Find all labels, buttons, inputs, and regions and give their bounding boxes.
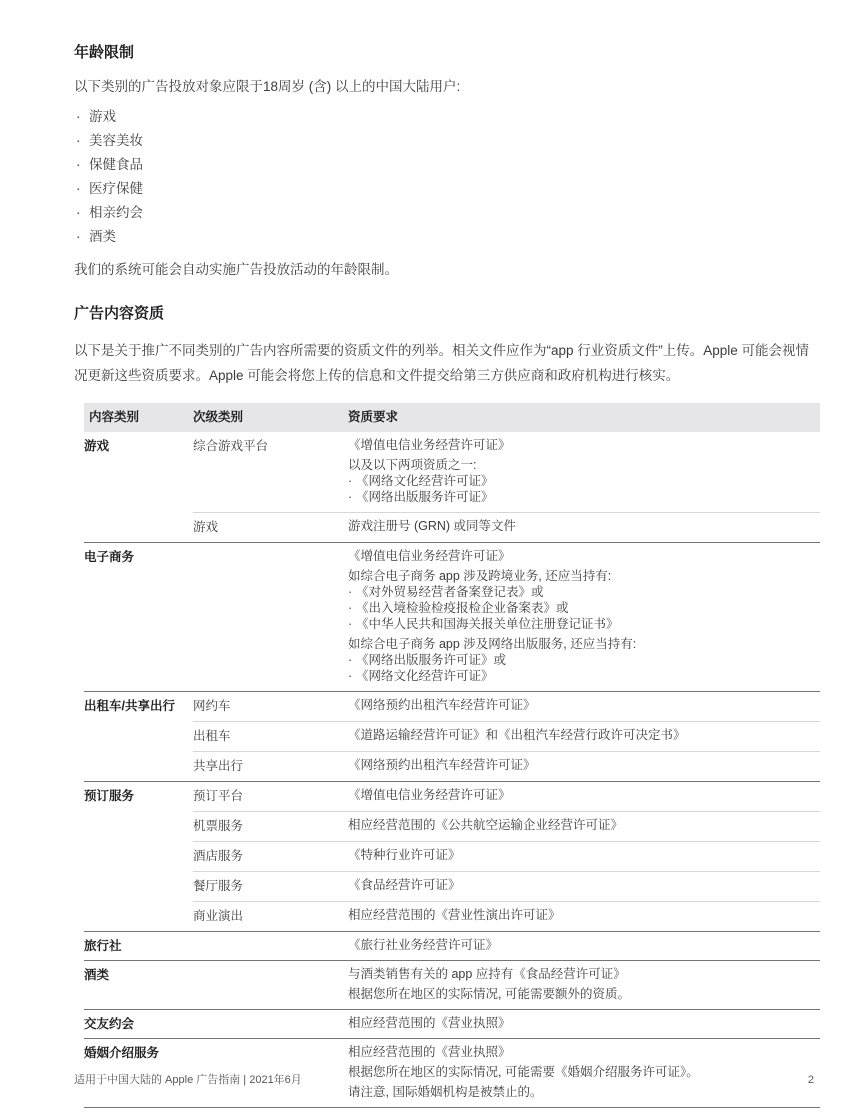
age-category-item: ·保健食品 — [76, 158, 820, 172]
subcategory-cell: 酒店服务 — [193, 847, 348, 864]
page-number: 2 — [808, 1074, 814, 1086]
requirement-text: 《出入境检验检疫报检企业备案表》或 — [356, 600, 569, 616]
age-category-item: ·酒类 — [76, 230, 820, 244]
table-row: 与酒类销售有关的 app 应持有《食品经营许可证》根据您所在地区的实际情况, 可… — [193, 961, 820, 1009]
bullet-icon: · — [348, 600, 356, 616]
table-row: 《增值电信业务经营许可证》如综合电子商务 app 涉及跨境业务, 还应当持有:·… — [193, 543, 820, 691]
requirements-cell: 《旅行社业务经营许可证》 — [348, 937, 820, 953]
requirements-cell: 《增值电信业务经营许可证》如综合电子商务 app 涉及跨境业务, 还应当持有:·… — [348, 548, 820, 684]
requirement-line: ·《网络出版服务许可证》 — [348, 489, 820, 505]
age-category-label: 美容美妆 — [89, 134, 143, 148]
subcategory-cell: 网约车 — [193, 697, 348, 714]
subcategory-cell — [193, 548, 348, 684]
requirement-text: 《网络出版服务许可证》 — [356, 489, 494, 505]
document-page: 年龄限制 以下类别的广告投放对象应限于18周岁 (含) 以上的中国大陆用户: ·… — [0, 0, 864, 1119]
category-cell: 酒类 — [84, 961, 193, 1009]
requirement-line: 《网络预约出租汽车经营许可证》 — [348, 757, 820, 773]
bullet-icon: · — [76, 110, 89, 124]
requirement-line: 相应经营范围的《营业执照》 — [348, 1015, 820, 1031]
table-group: 预订服务预订平台《增值电信业务经营许可证》机票服务相应经营范围的《公共航空运输企… — [84, 781, 820, 931]
table-row: 出租车《道路运输经营许可证》和《出租汽车经营行政许可决定书》 — [193, 721, 820, 751]
table-group: 酒类与酒类销售有关的 app 应持有《食品经营许可证》根据您所在地区的实际情况,… — [84, 960, 820, 1009]
bullet-icon: · — [76, 206, 89, 220]
subcategory-cell — [193, 1015, 348, 1031]
table-body: 游戏综合游戏平台《增值电信业务经营许可证》以及以下两项资质之一:·《网络文化经营… — [84, 432, 820, 1108]
requirement-line: 《食品经营许可证》 — [348, 877, 820, 893]
table-row: 机票服务相应经营范围的《公共航空运输企业经营许可证》 — [193, 811, 820, 841]
requirements-cell: 《食品经营许可证》 — [348, 877, 820, 894]
group-rows: 相应经营范围的《营业执照》 — [193, 1010, 820, 1038]
table-group: 游戏综合游戏平台《增值电信业务经营许可证》以及以下两项资质之一:·《网络文化经营… — [84, 432, 820, 542]
category-cell: 电子商务 — [84, 543, 193, 691]
requirement-line: 《增值电信业务经营许可证》 — [348, 437, 820, 453]
qualification-section-heading: 广告内容资质 — [74, 305, 820, 323]
table-row: 综合游戏平台《增值电信业务经营许可证》以及以下两项资质之一:·《网络文化经营许可… — [193, 432, 820, 512]
table-row: 游戏游戏注册号 (GRN) 或同等文件 — [193, 512, 820, 542]
subcategory-cell — [193, 966, 348, 1002]
qualification-table: 内容类别次级类别资质要求 游戏综合游戏平台《增值电信业务经营许可证》以及以下两项… — [84, 403, 820, 1108]
age-category-label: 酒类 — [89, 230, 116, 244]
requirement-line: 与酒类销售有关的 app 应持有《食品经营许可证》 — [348, 966, 820, 982]
group-rows: 网约车《网络预约出租汽车经营许可证》出租车《道路运输经营许可证》和《出租汽车经营… — [193, 692, 820, 781]
age-category-item: ·相亲约会 — [76, 206, 820, 220]
age-category-item: ·医疗保健 — [76, 182, 820, 196]
requirement-line: 相应经营范围的《营业性演出许可证》 — [348, 907, 820, 923]
table-group: 旅行社《旅行社业务经营许可证》 — [84, 931, 820, 960]
age-category-list: ·游戏·美容美妆·保健食品·医疗保健·相亲约会·酒类 — [74, 110, 820, 244]
table-header-row: 内容类别次级类别资质要求 — [84, 403, 820, 432]
column-header: 内容类别 — [84, 410, 193, 424]
column-header: 资质要求 — [348, 410, 820, 424]
table-row: 商业演出相应经营范围的《营业性演出许可证》 — [193, 901, 820, 931]
requirements-cell: 《网络预约出租汽车经营许可证》 — [348, 757, 820, 774]
requirement-line: ·《网络文化经营许可证》 — [348, 668, 820, 684]
bullet-icon: · — [348, 616, 356, 632]
age-section-heading: 年龄限制 — [74, 44, 820, 62]
table-row: 网约车《网络预约出租汽车经营许可证》 — [193, 692, 820, 721]
page-footer: 适用于中国大陆的 Apple 广告指南 | 2021年6月 2 — [74, 1071, 814, 1087]
bullet-icon: · — [76, 134, 89, 148]
requirements-cell: 与酒类销售有关的 app 应持有《食品经营许可证》根据您所在地区的实际情况, 可… — [348, 966, 820, 1002]
age-category-item: ·美容美妆 — [76, 134, 820, 148]
group-rows: 综合游戏平台《增值电信业务经营许可证》以及以下两项资质之一:·《网络文化经营许可… — [193, 432, 820, 542]
age-section-note: 我们的系统可能会自动实施广告投放活动的年龄限制。 — [74, 260, 820, 279]
qualification-section: 广告内容资质 以下是关于推广不同类别的广告内容所需要的资质文件的列举。相关文件应… — [74, 305, 820, 1108]
age-category-item: ·游戏 — [76, 110, 820, 124]
requirements-cell: 相应经营范围的《营业性演出许可证》 — [348, 907, 820, 924]
table-row: 相应经营范围的《营业执照》 — [193, 1010, 820, 1038]
age-restriction-section: 年龄限制 以下类别的广告投放对象应限于18周岁 (含) 以上的中国大陆用户: ·… — [74, 44, 820, 279]
requirement-text: 《网络出版服务许可证》或 — [356, 652, 506, 668]
group-rows: 《增值电信业务经营许可证》如综合电子商务 app 涉及跨境业务, 还应当持有:·… — [193, 543, 820, 691]
age-category-label: 医疗保健 — [89, 182, 143, 196]
requirements-cell: 游戏注册号 (GRN) 或同等文件 — [348, 518, 820, 535]
requirements-cell: 相应经营范围的《营业执照》 — [348, 1015, 820, 1031]
bullet-icon: · — [348, 652, 356, 668]
subcategory-cell: 游戏 — [193, 518, 348, 535]
requirements-cell: 《道路运输经营许可证》和《出租汽车经营行政许可决定书》 — [348, 727, 820, 744]
category-cell: 预订服务 — [84, 782, 193, 931]
requirement-line: ·《网络出版服务许可证》或 — [348, 652, 820, 668]
footer-doc-title: 适用于中国大陆的 Apple 广告指南 | 2021年6月 — [74, 1071, 302, 1087]
requirements-cell: 《增值电信业务经营许可证》 — [348, 787, 820, 804]
requirement-text: 《网络文化经营许可证》 — [356, 668, 494, 684]
requirement-text: 《网络文化经营许可证》 — [356, 473, 494, 489]
requirements-cell: 《网络预约出租汽车经营许可证》 — [348, 697, 820, 714]
requirement-line: 如综合电子商务 app 涉及网络出版服务, 还应当持有: — [348, 636, 820, 652]
requirement-line: 《增值电信业务经营许可证》 — [348, 548, 820, 564]
table-group: 电子商务《增值电信业务经营许可证》如综合电子商务 app 涉及跨境业务, 还应当… — [84, 542, 820, 691]
group-rows: 预订平台《增值电信业务经营许可证》机票服务相应经营范围的《公共航空运输企业经营许… — [193, 782, 820, 931]
requirement-line: 《特种行业许可证》 — [348, 847, 820, 863]
table-group: 出租车/共享出行网约车《网络预约出租汽车经营许可证》出租车《道路运输经营许可证》… — [84, 691, 820, 781]
requirement-line: 根据您所在地区的实际情况, 可能需要额外的资质。 — [348, 986, 820, 1002]
age-category-label: 保健食品 — [89, 158, 143, 172]
requirement-line: 游戏注册号 (GRN) 或同等文件 — [348, 518, 820, 534]
requirement-line: 相应经营范围的《公共航空运输企业经营许可证》 — [348, 817, 820, 833]
column-header: 次级类别 — [193, 410, 348, 424]
table-row: 酒店服务《特种行业许可证》 — [193, 841, 820, 871]
bullet-icon: · — [348, 584, 356, 600]
age-category-label: 相亲约会 — [89, 206, 143, 220]
requirement-text: 《对外贸易经营者备案登记表》或 — [356, 584, 544, 600]
age-section-intro: 以下类别的广告投放对象应限于18周岁 (含) 以上的中国大陆用户: — [74, 77, 820, 96]
group-rows: 《旅行社业务经营许可证》 — [193, 932, 820, 960]
subcategory-cell: 出租车 — [193, 727, 348, 744]
subcategory-cell: 预订平台 — [193, 787, 348, 804]
requirements-cell: 相应经营范围的《公共航空运输企业经营许可证》 — [348, 817, 820, 834]
subcategory-cell: 综合游戏平台 — [193, 437, 348, 505]
requirement-line: 《旅行社业务经营许可证》 — [348, 937, 820, 953]
bullet-icon: · — [348, 473, 356, 489]
category-cell: 交友约会 — [84, 1010, 193, 1038]
table-row: 预订平台《增值电信业务经营许可证》 — [193, 782, 820, 811]
group-rows: 与酒类销售有关的 app 应持有《食品经营许可证》根据您所在地区的实际情况, 可… — [193, 961, 820, 1009]
requirement-line: 《道路运输经营许可证》和《出租汽车经营行政许可决定书》 — [348, 727, 820, 743]
subcategory-cell: 机票服务 — [193, 817, 348, 834]
requirements-cell: 《特种行业许可证》 — [348, 847, 820, 864]
requirement-line: 如综合电子商务 app 涉及跨境业务, 还应当持有: — [348, 568, 820, 584]
category-cell: 旅行社 — [84, 932, 193, 960]
table-row: 共享出行《网络预约出租汽车经营许可证》 — [193, 751, 820, 781]
bullet-icon: · — [348, 668, 356, 684]
requirement-line: 《网络预约出租汽车经营许可证》 — [348, 697, 820, 713]
table-group: 交友约会相应经营范围的《营业执照》 — [84, 1009, 820, 1038]
requirement-line: ·《出入境检验检疫报检企业备案表》或 — [348, 600, 820, 616]
requirement-line: ·《网络文化经营许可证》 — [348, 473, 820, 489]
requirement-text: 《中华人民共和国海关报关单位注册登记证书》 — [356, 616, 619, 632]
requirement-line: ·《中华人民共和国海关报关单位注册登记证书》 — [348, 616, 820, 632]
subcategory-cell: 商业演出 — [193, 907, 348, 924]
bullet-icon: · — [76, 158, 89, 172]
table-row: 餐厅服务《食品经营许可证》 — [193, 871, 820, 901]
qualification-section-intro: 以下是关于推广不同类别的广告内容所需要的资质文件的列举。相关文件应作为“app … — [74, 338, 820, 388]
subcategory-cell: 共享出行 — [193, 757, 348, 774]
subcategory-cell: 餐厅服务 — [193, 877, 348, 894]
category-cell: 出租车/共享出行 — [84, 692, 193, 781]
category-cell: 游戏 — [84, 432, 193, 542]
bullet-icon: · — [348, 489, 356, 505]
requirements-cell: 《增值电信业务经营许可证》以及以下两项资质之一:·《网络文化经营许可证》·《网络… — [348, 437, 820, 505]
subcategory-cell — [193, 937, 348, 953]
bullet-icon: · — [76, 230, 89, 244]
requirement-line: 相应经营范围的《营业执照》 — [348, 1044, 820, 1060]
requirement-line: 以及以下两项资质之一: — [348, 457, 820, 473]
requirement-line: ·《对外贸易经营者备案登记表》或 — [348, 584, 820, 600]
requirement-line: 《增值电信业务经营许可证》 — [348, 787, 820, 803]
table-row: 《旅行社业务经营许可证》 — [193, 932, 820, 960]
age-category-label: 游戏 — [89, 110, 116, 124]
bullet-icon: · — [76, 182, 89, 196]
